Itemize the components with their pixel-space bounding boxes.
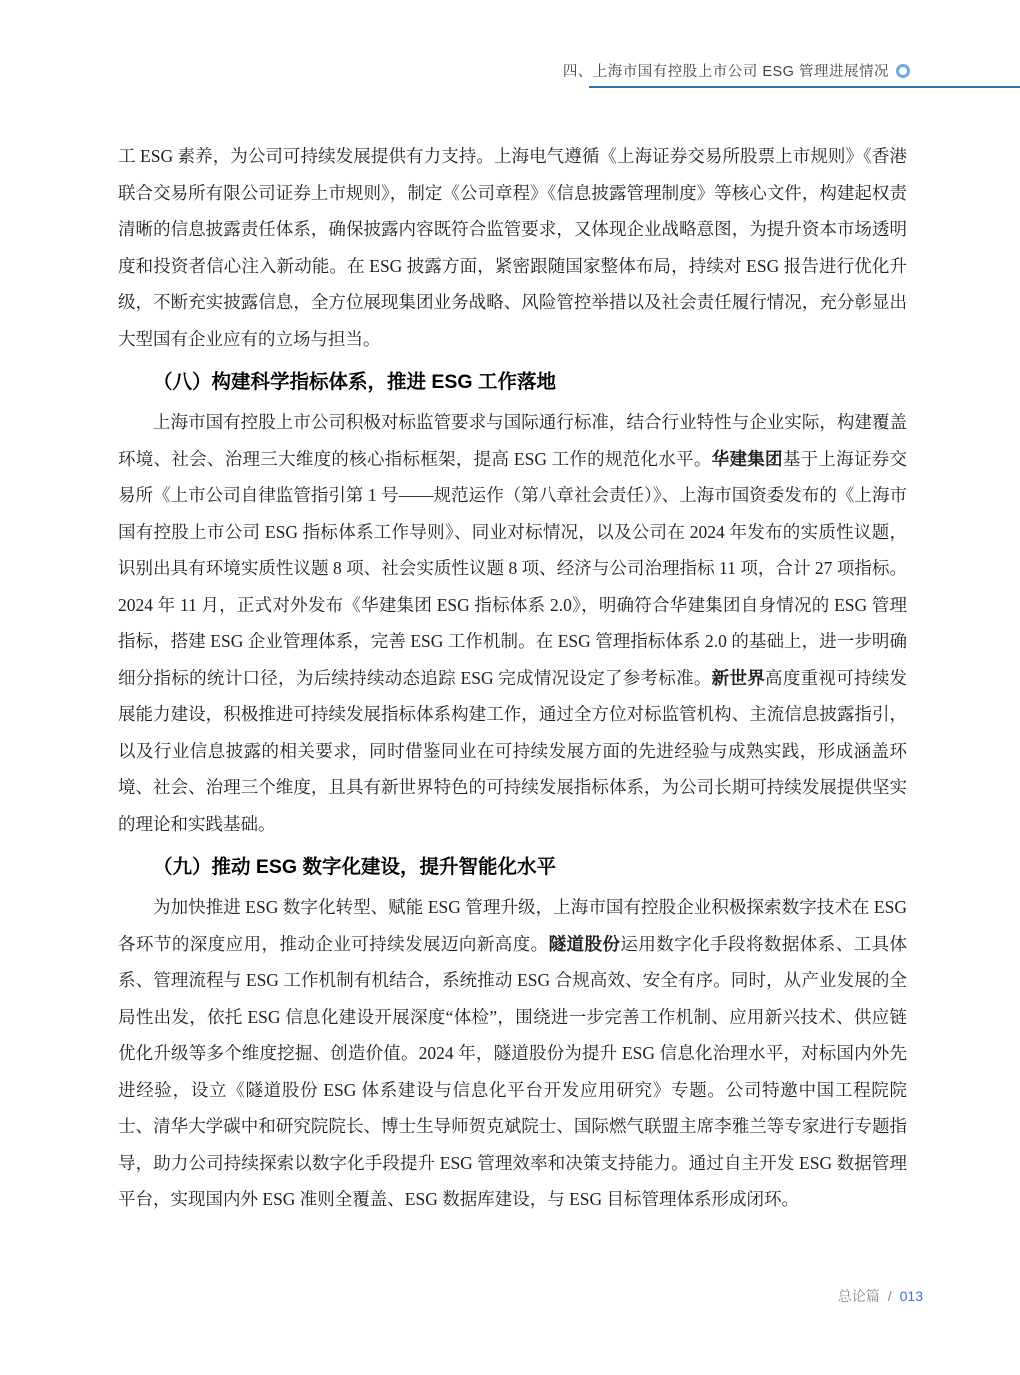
header-underline (589, 86, 1020, 88)
company-name-bold: 华建集团 (712, 449, 783, 469)
paragraph-3: 为加快推进 ESG 数字化转型、赋能 ESG 管理升级，上海市国有控股企业积极探… (118, 889, 907, 1218)
header-title: 四、上海市国有控股上市公司 ESG 管理进展情况 (563, 60, 889, 81)
body-text-segment: 运用数字化手段将数据体系、工具体系、管理流程与 ESG 工作机制有机结合，系统推… (118, 934, 907, 1210)
page-content: 工 ESG 素养，为公司可持续发展提供有力支持。上海电气遵循《上海证券交易所股票… (118, 138, 907, 1218)
body-text-segment: 工 ESG 素养，为公司可持续发展提供有力支持。上海电气遵循《上海证券交易所股票… (118, 146, 907, 349)
document-page: { "header": { "title": "四、上海市国有控股上市公司 ES… (0, 0, 1020, 1375)
section-heading-8: （八）构建科学指标体系，推进 ESG 工作落地 (118, 368, 907, 396)
body-text-segment: 基于上海证券交易所《上市公司自律监管指引第 1 号——规范运作（第八章社会责任）… (118, 449, 907, 688)
page-footer: 总论篇 / 013 (838, 1286, 923, 1306)
footer-page-number: 013 (900, 1288, 923, 1304)
company-name-bold: 隧道股份 (549, 934, 621, 954)
footer-separator: / (888, 1288, 892, 1304)
company-name-bold: 新世界 (712, 668, 765, 688)
paragraph-2: 上海市国有控股上市公司积极对标监管要求与国际通行标准，结合行业特性与企业实际，构… (118, 404, 907, 842)
paragraph-1: 工 ESG 素养，为公司可持续发展提供有力支持。上海电气遵循《上海证券交易所股票… (118, 138, 907, 357)
ring-icon (896, 64, 910, 78)
page-header: 四、上海市国有控股上市公司 ESG 管理进展情况 (563, 60, 910, 81)
body-text-segment: 高度重视可持续发展能力建设，积极推进可持续发展指标体系构建工作，通过全方位对标监… (118, 668, 907, 834)
section-heading-9: （九）推动 ESG 数字化建设，提升智能化水平 (118, 853, 907, 881)
footer-section-label: 总论篇 (838, 1286, 880, 1306)
